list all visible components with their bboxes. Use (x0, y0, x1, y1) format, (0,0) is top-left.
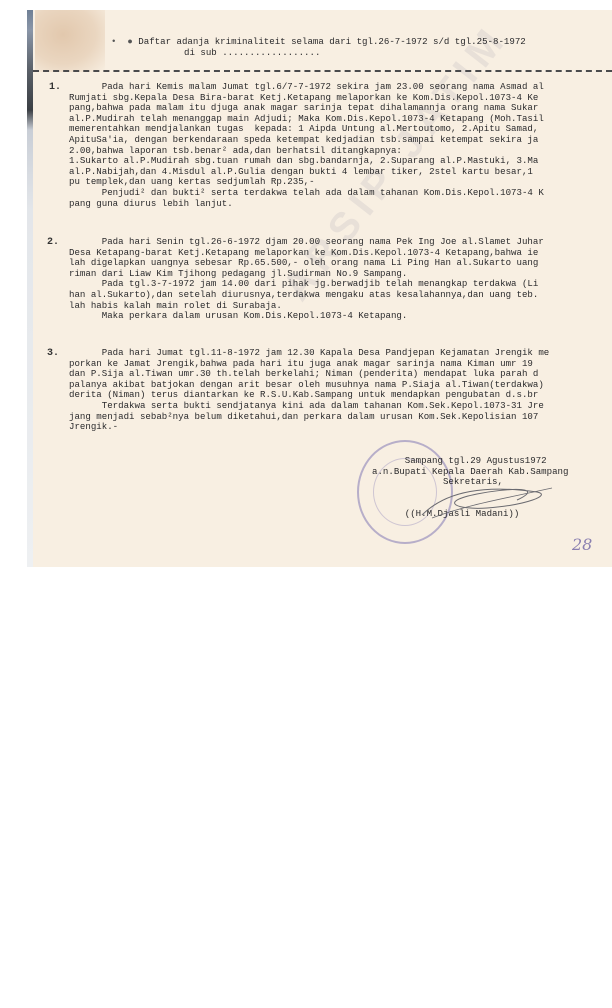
text-line: Jrengik.- (69, 422, 549, 433)
section-2-body: Pada hari Senin tgl.26-6-1972 djam 20.00… (69, 237, 544, 322)
text-line: Terdakwa serta bukti sendjatanya kini ad… (69, 401, 549, 412)
scanned-document: ARSIP JATIM • ● Daftar adanja kriminalit… (27, 10, 612, 567)
text-line: Maka perkara dalam urusan Kom.Dis.Kepol.… (69, 311, 544, 322)
document-subtitle: di sub .................. (184, 48, 320, 59)
handwritten-signature (417, 480, 557, 520)
text-line: pang guna diurus lebih lanjut. (69, 199, 544, 210)
blank-area (0, 567, 612, 1008)
text-line: jang menjadi sebab²nya belum diketahui,d… (69, 412, 549, 423)
text-line: Penjudi² dan bukti² serta terdakwa telah… (69, 188, 544, 199)
signature-line: Sampang tgl.29 Agustus1972 (372, 456, 568, 467)
section-number: 1. (49, 82, 61, 93)
handwritten-page-number: 28 (572, 535, 592, 554)
bullet-icon: • ● (111, 36, 138, 47)
document-title: • ● Daftar adanja kriminaliteit selama d… (111, 37, 526, 48)
text-line: han al.Sukarto),dan setelah diurusnya,te… (69, 290, 544, 301)
section-1-body: Pada hari Kemis malam Jumat tgl.6/7-7-19… (69, 82, 544, 209)
text-line: Pada hari Jumat tgl.11-8-1972 jam 12.30 … (69, 348, 549, 359)
section-number: 3. (47, 348, 59, 359)
document-title-text: Daftar adanja kriminaliteit selama dari … (138, 36, 525, 47)
dashed-divider (33, 70, 612, 72)
text-line: ApituSa'ia, dengan berkendaraan speda ke… (69, 135, 544, 146)
paper-stain (35, 10, 105, 72)
text-line: Pada hari Senin tgl.26-6-1972 djam 20.00… (69, 237, 544, 248)
text-line: Pada hari Kemis malam Jumat tgl.6/7-7-19… (69, 82, 544, 93)
section-3-body: Pada hari Jumat tgl.11-8-1972 jam 12.30 … (69, 348, 549, 433)
section-number: 2. (47, 237, 59, 248)
scan-edge (27, 10, 33, 567)
